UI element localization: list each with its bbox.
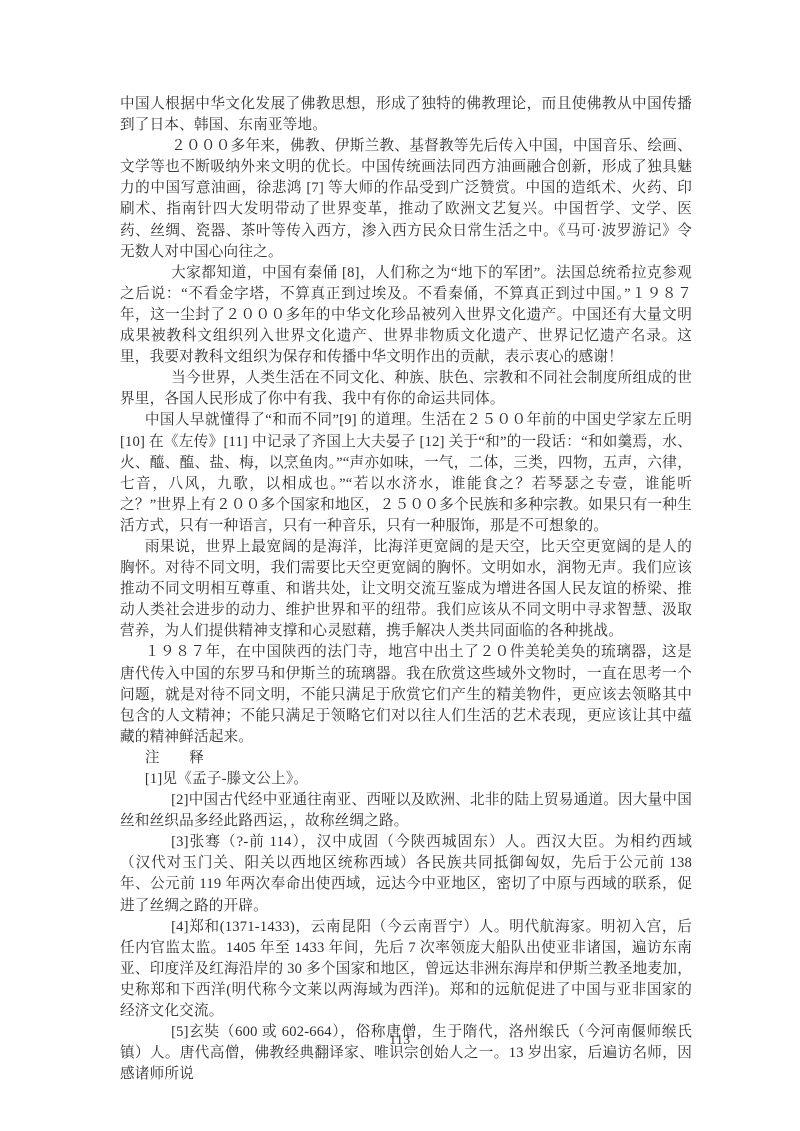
page-content: 中国人根据中华文化发展了佛教思想，形成了独特的佛教理论，而且使佛教从中国传播到了… <box>120 94 692 1085</box>
body-paragraph-2: ２０００多年来，佛教、伊斯兰教、基督教等先后传入中国，中国音乐、绘画、文学等也不… <box>120 136 692 263</box>
note-item-3: [3]张骞（?-前 114），汉中成固（今陕西城固东）人。西汉大臣。为相约西域（… <box>120 832 692 916</box>
body-paragraph-1: 中国人根据中华文化发展了佛教思想，形成了独特的佛教理论，而且使佛教从中国传播到了… <box>120 94 692 136</box>
note-item-2: [2]中国古代经中亚通往南亚、西哑以及欧洲、北非的陆上贸易通道。因大量中国丝和丝… <box>120 790 692 832</box>
body-paragraph-7: １９８７年，在中国陕西的法门寺，地宫中出土了２０件美轮美奂的琉璃器，这是唐代传入… <box>120 642 692 747</box>
body-paragraph-3: 大家都知道，中国有秦俑 [8]，人们称之为“地下的军团”。法国总统希拉克参观之后… <box>120 263 692 368</box>
page-number: 113 <box>0 1030 800 1050</box>
body-paragraph-4: 当今世界，人类生活在不同文化、种族、肤色、宗教和不同社会制度所组成的世界里，各国… <box>120 368 692 410</box>
body-paragraph-6: 雨果说，世界上最宽阔的是海洋，比海洋更宽阔的是天空，比天空更宽阔的是人的胸怀。对… <box>120 537 692 642</box>
document-page: 中国人根据中华文化发展了佛教思想，形成了独特的佛教理论，而且使佛教从中国传播到了… <box>0 0 800 1131</box>
note-item-4: [4]郑和(1371-1433)，云南昆阳（今云南晋宁）人。明代航海家。明初入宫… <box>120 917 692 1022</box>
notes-heading: 注 释 <box>120 748 692 769</box>
body-paragraph-5: 中国人早就懂得了“和而不同”[9] 的道理。生活在２５００年前的中国史学家左丘明… <box>120 410 692 537</box>
note-item-1: [1]见《孟子-滕文公上》。 <box>120 769 692 790</box>
